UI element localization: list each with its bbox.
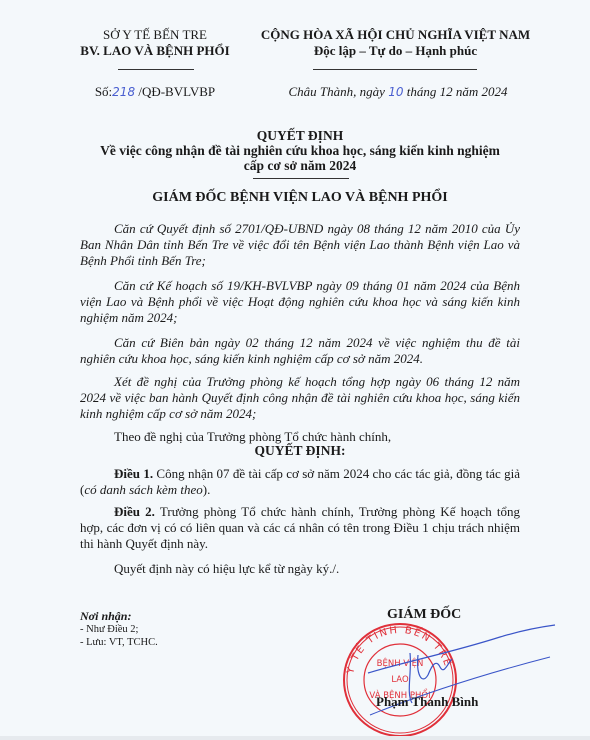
preamble-3: Căn cứ Biên bản ngày 02 tháng 12 năm 202… xyxy=(80,335,520,367)
recipient-item: - Lưu: VT, TCHC. xyxy=(80,637,158,648)
decision-heading: QUYẾT ĐỊNH: xyxy=(60,443,540,459)
title-divider xyxy=(253,178,349,179)
effective-clause: Quyết định này có hiệu lực kể từ ngày ký… xyxy=(80,561,520,577)
recipients-title: Nơi nhận: xyxy=(80,609,131,624)
decision-document: SỞ Y TẾ BẾN TRE BV. LAO VÀ BỆNH PHỔI Số:… xyxy=(0,0,590,740)
issuing-agency: SỞ Y TẾ BẾN TRE BV. LAO VÀ BỆNH PHỔI xyxy=(60,27,250,59)
title-subject: Về việc công nhận đề tài nghiên cứu khoa… xyxy=(60,143,540,158)
motto: Độc lập – Tự do – Hạnh phúc xyxy=(253,43,538,59)
handwritten-signature-icon xyxy=(340,615,560,735)
issuing-authority: GIÁM ĐỐC BỆNH VIỆN LAO VÀ BỆNH PHỔI xyxy=(60,190,540,206)
divider-right xyxy=(313,69,477,70)
document-title: QUYẾT ĐỊNH Về việc công nhận đề tài nghi… xyxy=(60,128,540,173)
title-type: QUYẾT ĐỊNH xyxy=(60,128,540,143)
place-and-date: Châu Thành, ngày 10 tháng 12 năm 2024 xyxy=(253,84,543,100)
parent-agency: SỞ Y TẾ BẾN TRE xyxy=(60,27,250,43)
preamble-2: Căn cứ Kế hoạch số 19/KH-BVLVBP ngày 09 … xyxy=(80,278,520,327)
preamble-4: Xét đề nghị của Trưởng phòng kế hoạch tổ… xyxy=(80,374,520,423)
article-2: Điều 2. Trưởng phòng Tổ chức hành chính,… xyxy=(80,504,520,553)
hospital-name: BV. LAO VÀ BỆNH PHỔI xyxy=(60,43,250,59)
recipient-item: - Như Điều 2; xyxy=(80,624,138,635)
title-subject-cont: cấp cơ sở năm 2024 xyxy=(60,158,540,173)
country-name: CỘNG HÒA XÃ HỘI CHỦ NGHĨA VIỆT NAM xyxy=(253,27,538,43)
signer-name: Phạm Thanh Bình xyxy=(376,694,478,710)
national-motto: CỘNG HÒA XÃ HỘI CHỦ NGHĨA VIỆT NAM Độc l… xyxy=(253,27,538,59)
handwritten-number: 218 xyxy=(112,85,135,99)
divider-left xyxy=(118,69,194,70)
page-edge xyxy=(0,736,590,740)
preamble-1: Căn cứ Quyết định số 2701/QĐ-UBND ngày 0… xyxy=(80,221,520,270)
handwritten-day: 10 xyxy=(388,85,403,99)
document-number: Số:218 /QĐ-BVLVBP xyxy=(60,84,250,100)
article-1: Điều 1. Công nhận 07 đề tài cấp cơ sở nă… xyxy=(80,466,520,498)
